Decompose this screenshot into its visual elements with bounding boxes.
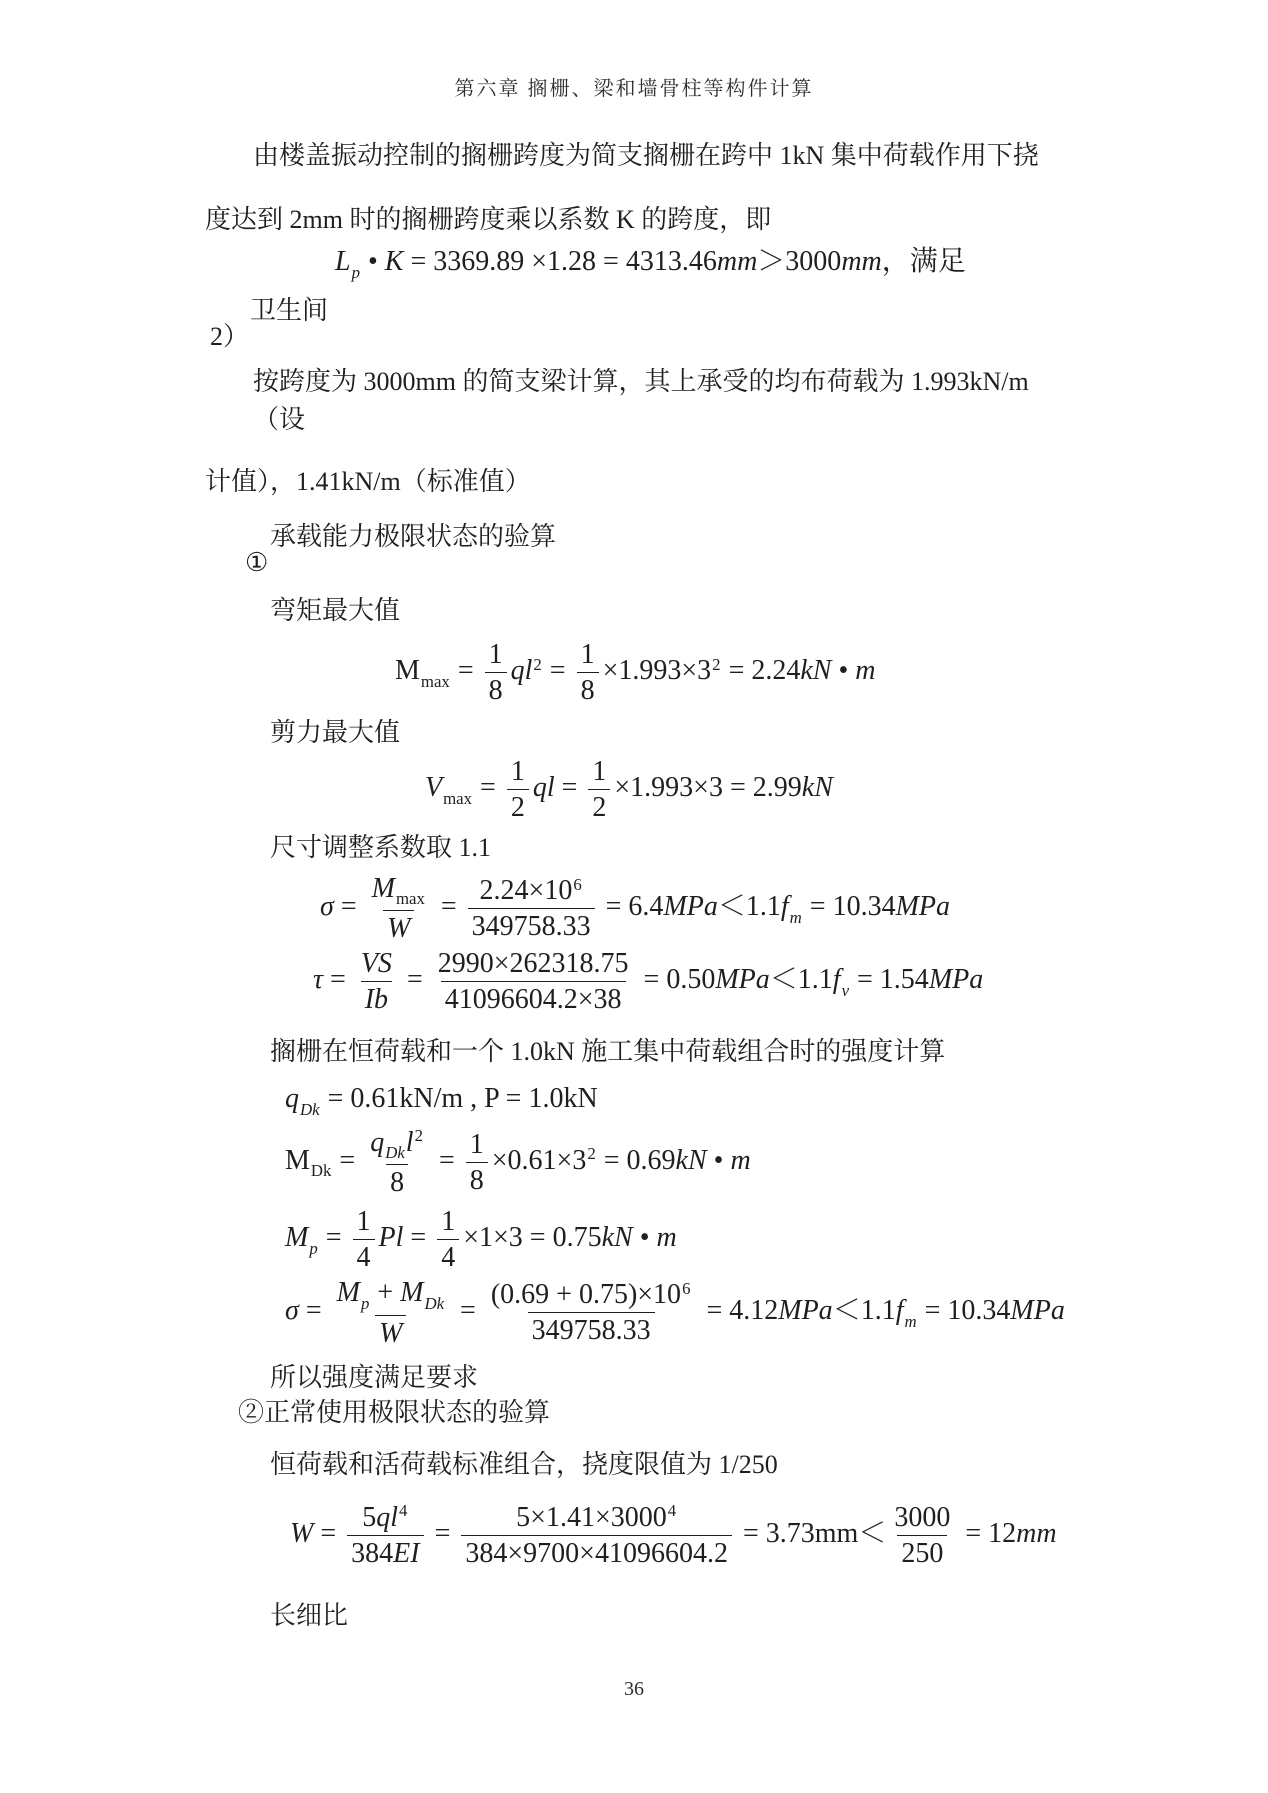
list-marker-2: 2） [205,318,1068,356]
deflection-line: 恒荷载和活荷载标准组合，挠度限值为 1/250 [205,1446,1068,1484]
formula-shear-stress: τ = VSIb = 2990×262318.7541096604.2×38 =… [205,946,1068,1017]
page-number: 36 [0,1678,1268,1701]
paragraph-line: 计值），1.41kN/m（标准值） [205,463,1068,501]
formula-max-moment: Mmax = 18ql2 = 18×1.993×32 = 2.24kN • m [205,637,1068,708]
shear-label: 剪力最大值 [205,714,1068,752]
size-factor-line: 尺寸调整系数取 1.1 [205,829,1068,867]
combo-line: 搁栅在恒荷载和一个 1.0kN 施工集中荷载组合时的强度计算 [205,1033,1068,1071]
moment-label: 弯矩最大值 [205,592,1068,630]
formula-max-shear: Vmax = 12ql = 12×1.993×3 = 2.99kN [205,754,1068,825]
strength-ok-line: 所以强度满足要求 [205,1359,1068,1397]
chapter-header: 第六章 搁栅、梁和墙骨柱等构件计算 [0,0,1268,101]
formula-deflection: W = 5ql4384EI = 5×1.41×30004384×9700×410… [205,1500,1068,1571]
document-page: 第六章 搁栅、梁和墙骨柱等构件计算 由楼盖振动控制的搁栅跨度为简支搁栅在跨中 1… [0,0,1268,1793]
paragraph-line: 按跨度为 3000mm 的简支梁计算，其上承受的均布荷载为 1.993kN/m（… [205,363,1068,438]
formula-bending-stress: σ = MmaxW = 2.24×106349758.33 = 6.4MPa＜1… [205,871,1068,947]
paragraph-line: 由楼盖振动控制的搁栅跨度为简支搁栅在跨中 1kN 集中荷载作用下挠 [205,137,1068,175]
slenderness-label: 长细比 [205,1597,1068,1635]
paragraph-line: 度达到 2mm 时的搁栅跨度乘以系数 K 的跨度，即 [205,201,1068,239]
page-content: 由楼盖振动控制的搁栅跨度为简支搁栅在跨中 1kN 集中荷载作用下挠 度达到 2m… [0,137,1268,1634]
formula-mp: Mp = 14Pl = 14×1×3 = 0.75kN • m [205,1204,1068,1275]
formula-mdk: MDk = qDkl28 = 18×0.61×32 = 0.69kN • m [205,1125,1068,1201]
formula-qdk: qDk = 0.61kN/m , P = 1.0kN [205,1081,1068,1121]
formula-combined-stress: σ = Mp + MDkW = (0.69 + 0.75)×106349758.… [205,1275,1068,1351]
formula-span-check: Lp • K = 3369.89 ×1.28 = 4313.46mm＞3000m… [205,244,1068,284]
check2-title: ②正常使用极限状态的验算 [205,1394,1068,1432]
